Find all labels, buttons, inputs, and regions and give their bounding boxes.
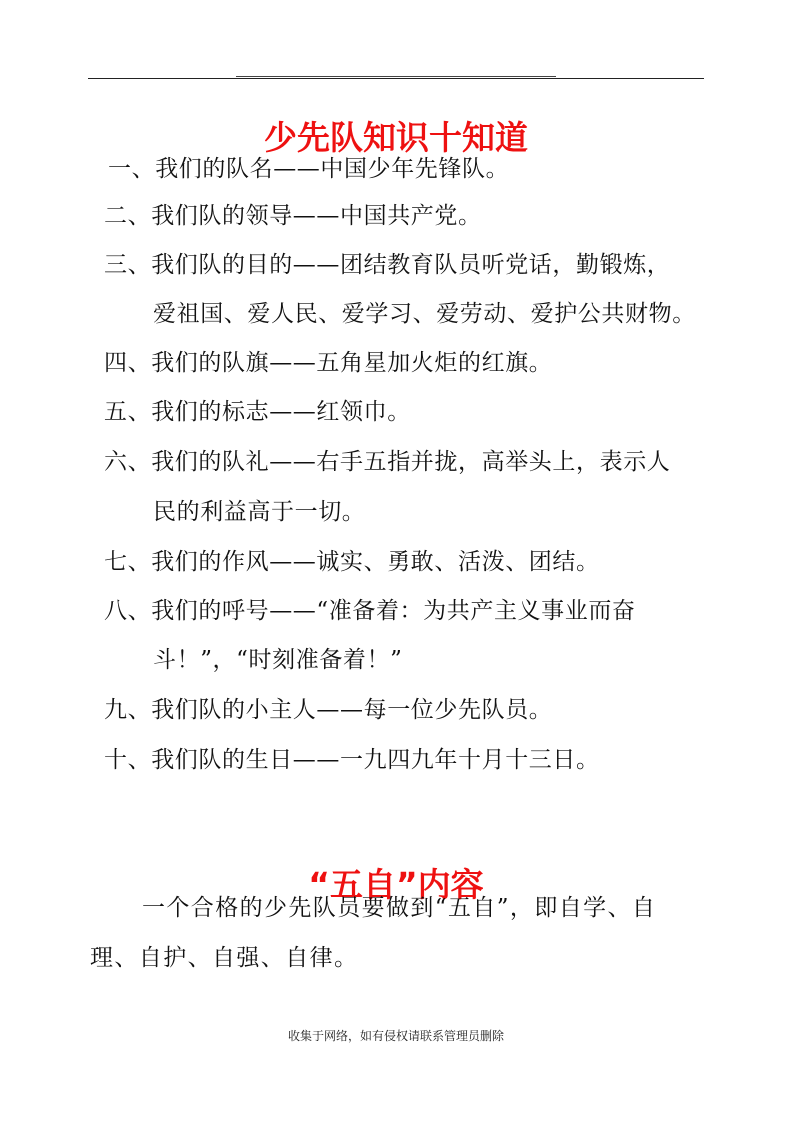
header-bar	[236, 76, 556, 77]
list-item-4: 四、我们的队旗——五角星加火炬的红旗。	[104, 348, 552, 378]
list-item-3-continued: 爱祖国、爱人民、爱学习、爱劳动、爱护公共财物。	[153, 299, 696, 329]
paragraph-line-1: 一个合格的少先队员要做到“五自”，即自学、自	[142, 893, 656, 923]
list-item-1: 一、我们的队名——中国少年先锋队。	[108, 154, 509, 184]
list-item-5: 五、我们的标志——红领巾。	[104, 397, 411, 427]
list-item-3: 三、我们队的目的——团结教育队员听党话，勤锻炼，	[104, 250, 670, 280]
header-rule	[88, 78, 704, 79]
section-title-ten-knowledge: 少先队知识十知道	[0, 118, 792, 158]
list-item-8: 八、我们的呼号——“准备着：为共产主义事业而奋	[104, 596, 636, 626]
list-item-8-continued: 斗！”，“时刻准备着！”	[153, 645, 402, 675]
list-item-2: 二、我们队的领导——中国共产党。	[104, 201, 482, 231]
list-item-9: 九、我们队的小主人——每一位少先队员。	[104, 695, 552, 725]
list-item-6-continued: 民的利益高于一切。	[153, 497, 365, 527]
paragraph-line-2: 理、自护、自强、自律。	[90, 943, 358, 973]
list-item-7: 七、我们的作风——诚实、勇敢、活泼、团结。	[104, 547, 600, 577]
list-item-10: 十、我们队的生日——一九四九年十月十三日。	[104, 745, 600, 775]
footer-disclaimer: 收集于网络，如有侵权请联系管理员删除	[0, 1028, 792, 1044]
list-item-6: 六、我们的队礼——右手五指并拢，高举头上，表示人	[104, 447, 670, 477]
